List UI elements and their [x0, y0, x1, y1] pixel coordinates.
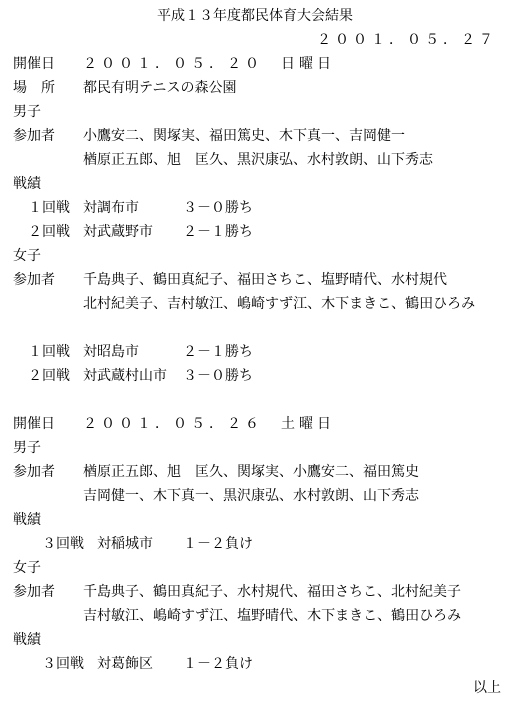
round-number: １回戦: [28, 342, 70, 362]
round-number: ２回戦: [28, 222, 70, 242]
match-score: １－２負け: [183, 654, 253, 674]
round-number: ３回戦: [42, 654, 84, 674]
results-label: 戦績: [13, 510, 41, 530]
venue-value: 都民有明テニスの森公園: [83, 78, 236, 98]
participants-list: 千島典子、鶴田真紀子、福田さちこ、塩野晴代、水村規代: [83, 270, 447, 290]
date-value: ２００１．０５．２６ 土曜日: [83, 414, 335, 434]
participants-label: 参加者: [13, 270, 55, 290]
round-number: ３回戦: [42, 534, 84, 554]
opponent: 対昭島市: [83, 342, 139, 362]
date-label: 開催日: [13, 54, 55, 74]
participants-label: 参加者: [13, 462, 55, 482]
participants-list: 吉岡健一、木下真一、黒沢康弘、水村敦朗、山下秀志: [83, 486, 419, 506]
results-label: 戦績: [13, 174, 41, 194]
section-heading: 女子: [13, 246, 41, 266]
match-score: ３－０勝ち: [183, 366, 253, 386]
opponent: 対武蔵村山市: [83, 366, 167, 386]
match-score: ２－１勝ち: [183, 342, 253, 362]
match-score: ２－１勝ち: [183, 222, 253, 242]
results-document: 平成１３年度都民体育大会結果 ２００１．０５．２７ 開催日 ２００１．０５．２０…: [0, 0, 510, 701]
section-heading: 男子: [13, 102, 41, 122]
participants-list: 楢原正五郎、旭 匡久、黒沢康弘、水村敦朗、山下秀志: [83, 150, 433, 170]
match-score: ３－０勝ち: [183, 198, 253, 218]
date-label: 開催日: [13, 414, 55, 434]
participants-list: 千島典子、鶴田真紀子、水村規代、福田さちこ、北村紀美子: [83, 582, 461, 602]
section-heading: 男子: [13, 438, 41, 458]
date-value: ２００１．０５．２０ 日曜日: [83, 54, 335, 74]
venue-label: 場 所: [13, 78, 55, 98]
report-date: ２００１．０５．２７: [317, 30, 497, 50]
opponent: 対葛飾区: [97, 654, 153, 674]
participants-list: 吉村敏江、嶋崎すず江、塩野晴代、木下まきこ、鶴田ひろみ: [83, 606, 461, 626]
round-number: ２回戦: [28, 366, 70, 386]
participants-list: 楢原正五郎、旭 匡久、関塚実、小鷹安二、福田篤史: [83, 462, 419, 482]
participants-list: 小鷹安二、関塚実、福田篤史、木下真一、吉岡健一: [83, 126, 405, 146]
opponent: 対稲城市: [97, 534, 153, 554]
opponent: 対武蔵野市: [83, 222, 153, 242]
match-score: １－２負け: [183, 534, 253, 554]
results-label: 戦績: [13, 630, 41, 650]
document-title: 平成１３年度都民体育大会結果: [0, 6, 510, 26]
section-heading: 女子: [13, 558, 41, 578]
participants-label: 参加者: [13, 582, 55, 602]
participants-label: 参加者: [13, 126, 55, 146]
opponent: 対調布市: [83, 198, 139, 218]
closing-text: 以上: [473, 678, 501, 698]
participants-list: 北村紀美子、吉村敏江、嶋崎すず江、木下まきこ、鶴田ひろみ: [83, 294, 475, 314]
round-number: １回戦: [28, 198, 70, 218]
